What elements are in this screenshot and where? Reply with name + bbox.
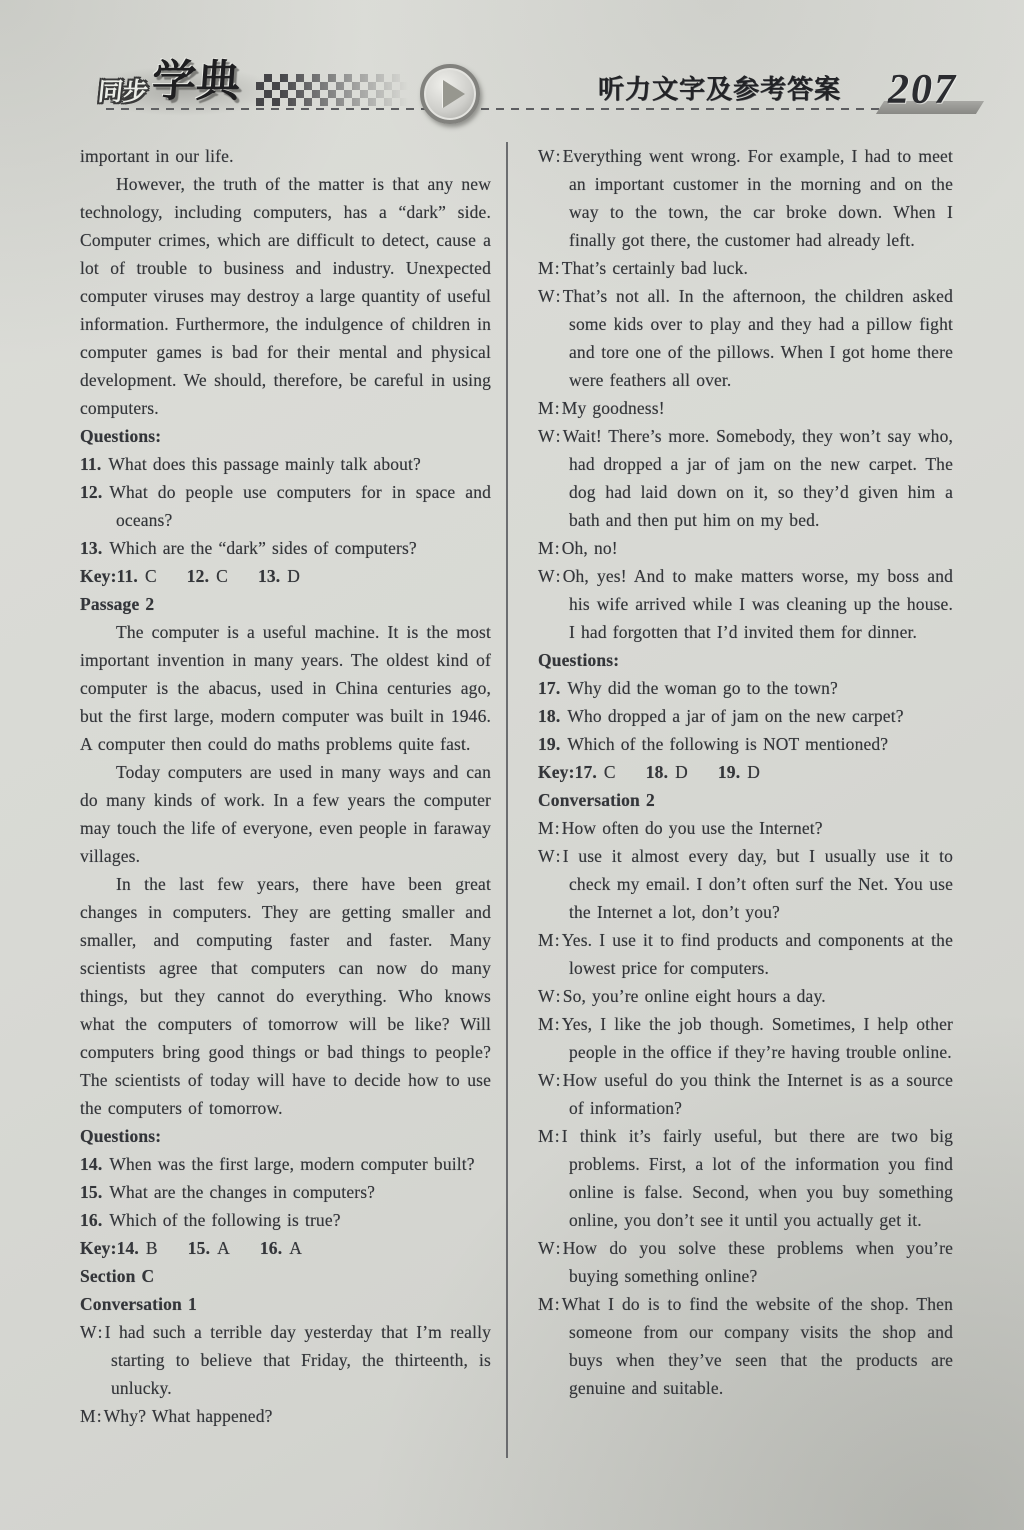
question-text: When was the first large, modern compute… — [109, 1154, 474, 1174]
page-number: 207 — [876, 62, 986, 120]
header-title: 听力文字及参考答案 — [598, 76, 841, 105]
answer-key-answer: C — [145, 566, 157, 586]
dialogue-text: How useful do you think the Internet is … — [563, 1070, 953, 1118]
dialogue-text: What I do is to find the website of the … — [562, 1294, 953, 1398]
question-item: 14When was the first large, modern compu… — [80, 1150, 491, 1178]
dialogue-line: MYes. I use it to find products and comp… — [538, 926, 953, 982]
dialogue-line: WThat’s not all. In the afternoon, the c… — [538, 282, 953, 394]
dialogue-speaker: W — [538, 1070, 563, 1090]
brand-logo-prefix: 同步 — [97, 79, 150, 104]
dialogue-speaker: M — [538, 1294, 562, 1314]
question-number: 13 — [80, 538, 102, 558]
left-column: important in our life.However, the truth… — [80, 142, 491, 1430]
question-number: 18 — [538, 706, 560, 726]
answer-key-number: 17 — [575, 762, 597, 782]
dialogue-line: MWhy? What happened? — [80, 1402, 491, 1430]
page-header: 同步学典 听力文字及参考答案 207 — [0, 0, 1024, 130]
question-item: 18Who dropped a jar of jam on the new ca… — [538, 702, 953, 730]
dialogue-text: How often do you use the Internet? — [562, 818, 823, 838]
dialogue-text: Oh, yes! And to make matters worse, my b… — [563, 566, 953, 642]
question-number: 11 — [80, 454, 101, 474]
answer-key-item: 11C — [117, 566, 157, 586]
question-number: 14 — [80, 1154, 102, 1174]
answer-key-answer: A — [217, 1238, 230, 1258]
dialogue-text: Yes. I use it to find products and compo… — [562, 930, 953, 978]
dialogue-line: MYes, I like the job though. Sometimes, … — [538, 1010, 953, 1066]
section-heading: Conversation 1 — [80, 1290, 491, 1318]
dialogue-text: I use it almost every day, but I usually… — [563, 846, 953, 922]
dialogue-speaker: M — [538, 1126, 562, 1146]
dialogue-text: Everything went wrong. For example, I ha… — [563, 146, 953, 250]
dialogue-speaker: W — [538, 286, 563, 306]
paragraph: important in our life. — [80, 142, 491, 170]
answer-key-number: 14 — [117, 1238, 139, 1258]
section-heading: Questions: — [538, 646, 953, 674]
answer-key-label: Key — [538, 762, 575, 782]
scanned-page: 同步学典 听力文字及参考答案 207 important in our life… — [0, 0, 1024, 1530]
answer-key-answer: B — [146, 1238, 158, 1258]
paragraph: Today computers are used in many ways an… — [80, 758, 491, 870]
question-item: 13Which are the “dark” sides of computer… — [80, 534, 491, 562]
play-button-icon — [420, 64, 480, 124]
question-item: 15What are the changes in computers? — [80, 1178, 491, 1206]
section-heading: Questions: — [80, 1122, 491, 1150]
answer-key-line: Key14B15A16A — [80, 1234, 491, 1262]
answer-key-number: 11 — [117, 566, 138, 586]
answer-key-item: 17C — [575, 762, 616, 782]
question-item: 16Which of the following is true? — [80, 1206, 491, 1234]
question-text: Which of the following is NOT mentioned? — [567, 734, 888, 754]
answer-key-number: 12 — [187, 566, 209, 586]
dialogue-text: That’s not all. In the afternoon, the ch… — [563, 286, 953, 390]
dialogue-speaker: W — [80, 1322, 105, 1342]
brand-logo-main: 学典 — [150, 60, 241, 104]
dialogue-line: WI had such a terrible day yesterday tha… — [80, 1318, 491, 1402]
dialogue-speaker: M — [538, 258, 562, 278]
play-triangle-icon — [443, 80, 465, 108]
dialogue-line: WEverything went wrong. For example, I h… — [538, 142, 953, 254]
column-divider-line — [506, 142, 508, 1458]
question-text: What does this passage mainly talk about… — [108, 454, 421, 474]
question-text: What are the changes in computers? — [109, 1182, 375, 1202]
answer-key-item: 12C — [187, 566, 228, 586]
answer-key-item: 14B — [117, 1238, 158, 1258]
dialogue-speaker: M — [538, 538, 562, 558]
brand-logo: 同步学典 — [98, 60, 240, 104]
dialogue-line: MI think it’s fairly useful, but there a… — [538, 1122, 953, 1234]
dialogue-text: That’s certainly bad luck. — [562, 258, 748, 278]
question-number: 15 — [80, 1182, 102, 1202]
checkerboard-decoration — [256, 74, 408, 106]
dialogue-line: WHow do you solve these problems when yo… — [538, 1234, 953, 1290]
question-text: Why did the woman go to the town? — [567, 678, 838, 698]
dialogue-speaker: W — [538, 1238, 563, 1258]
dialogue-line: MThat’s certainly bad luck. — [538, 254, 953, 282]
answer-key-answer: C — [604, 762, 616, 782]
question-item: 12What do people use computers for in sp… — [80, 478, 491, 534]
answer-key-label: Key — [80, 1238, 117, 1258]
paragraph: The computer is a useful machine. It is … — [80, 618, 491, 758]
dialogue-text: So, you’re online eight hours a day. — [563, 986, 826, 1006]
dialogue-speaker: W — [538, 846, 563, 866]
dialogue-line: WOh, yes! And to make matters worse, my … — [538, 562, 953, 646]
question-text: Which of the following is true? — [109, 1210, 340, 1230]
question-item: 11What does this passage mainly talk abo… — [80, 450, 491, 478]
section-heading: Passage 2 — [80, 590, 491, 618]
dialogue-line: MWhat I do is to find the website of the… — [538, 1290, 953, 1402]
dialogue-speaker: W — [538, 986, 563, 1006]
dialogue-speaker: M — [80, 1406, 104, 1426]
answer-key-label: Key — [80, 566, 117, 586]
answer-key-item: 13D — [258, 566, 300, 586]
answer-key-answer: D — [747, 762, 760, 782]
answer-key-line: Key17C18D19D — [538, 758, 953, 786]
answer-key-item: 18D — [646, 762, 688, 782]
dialogue-text: How do you solve these problems when you… — [563, 1238, 953, 1286]
question-number: 19 — [538, 734, 560, 754]
dialogue-line: WI use it almost every day, but I usuall… — [538, 842, 953, 926]
dialogue-line: WHow useful do you think the Internet is… — [538, 1066, 953, 1122]
answer-key-number: 15 — [188, 1238, 210, 1258]
question-text: What do people use computers for in spac… — [109, 482, 491, 530]
dialogue-text: I think it’s fairly useful, but there ar… — [562, 1126, 953, 1230]
page-number-text: 207 — [888, 62, 957, 118]
dialogue-speaker: M — [538, 1014, 562, 1034]
question-number: 17 — [538, 678, 560, 698]
dialogue-line: WSo, you’re online eight hours a day. — [538, 982, 953, 1010]
answer-key-item: 19D — [718, 762, 760, 782]
answer-key-answer: D — [287, 566, 300, 586]
dialogue-line: WWait! There’s more. Somebody, they won’… — [538, 422, 953, 534]
answer-key-number: 19 — [718, 762, 740, 782]
dialogue-text: I had such a terrible day yesterday that… — [105, 1322, 491, 1398]
right-column: WEverything went wrong. For example, I h… — [538, 142, 953, 1402]
dialogue-text: Why? What happened? — [104, 1406, 273, 1426]
dialogue-speaker: M — [538, 930, 562, 950]
section-heading: Questions: — [80, 422, 491, 450]
dialogue-speaker: W — [538, 426, 563, 446]
answer-key-number: 13 — [258, 566, 280, 586]
paragraph: However, the truth of the matter is that… — [80, 170, 491, 422]
dialogue-line: MMy goodness! — [538, 394, 953, 422]
question-number: 12 — [80, 482, 102, 502]
dialogue-text: My goodness! — [562, 398, 665, 418]
dialogue-speaker: W — [538, 566, 563, 586]
dialogue-text: Oh, no! — [562, 538, 618, 558]
dialogue-text: Yes, I like the job though. Sometimes, I… — [562, 1014, 953, 1062]
paragraph: In the last few years, there have been g… — [80, 870, 491, 1122]
dialogue-speaker: W — [538, 146, 563, 166]
dialogue-text: Wait! There’s more. Somebody, they won’t… — [563, 426, 953, 530]
answer-key-answer: A — [289, 1238, 302, 1258]
section-heading: Section C — [80, 1262, 491, 1290]
question-item: 19Which of the following is NOT mentione… — [538, 730, 953, 758]
answer-key-number: 16 — [260, 1238, 282, 1258]
question-number: 16 — [80, 1210, 102, 1230]
question-text: Who dropped a jar of jam on the new carp… — [567, 706, 903, 726]
answer-key-line: Key11C12C13D — [80, 562, 491, 590]
question-item: 17Why did the woman go to the town? — [538, 674, 953, 702]
question-text: Which are the “dark” sides of computers? — [109, 538, 417, 558]
dialogue-speaker: M — [538, 818, 562, 838]
answer-key-answer: C — [216, 566, 228, 586]
dialogue-speaker: M — [538, 398, 562, 418]
answer-key-item: 16A — [260, 1238, 302, 1258]
answer-key-item: 15A — [188, 1238, 230, 1258]
dialogue-line: MHow often do you use the Internet? — [538, 814, 953, 842]
answer-key-number: 18 — [646, 762, 668, 782]
answer-key-answer: D — [675, 762, 688, 782]
dialogue-line: MOh, no! — [538, 534, 953, 562]
section-heading: Conversation 2 — [538, 786, 953, 814]
